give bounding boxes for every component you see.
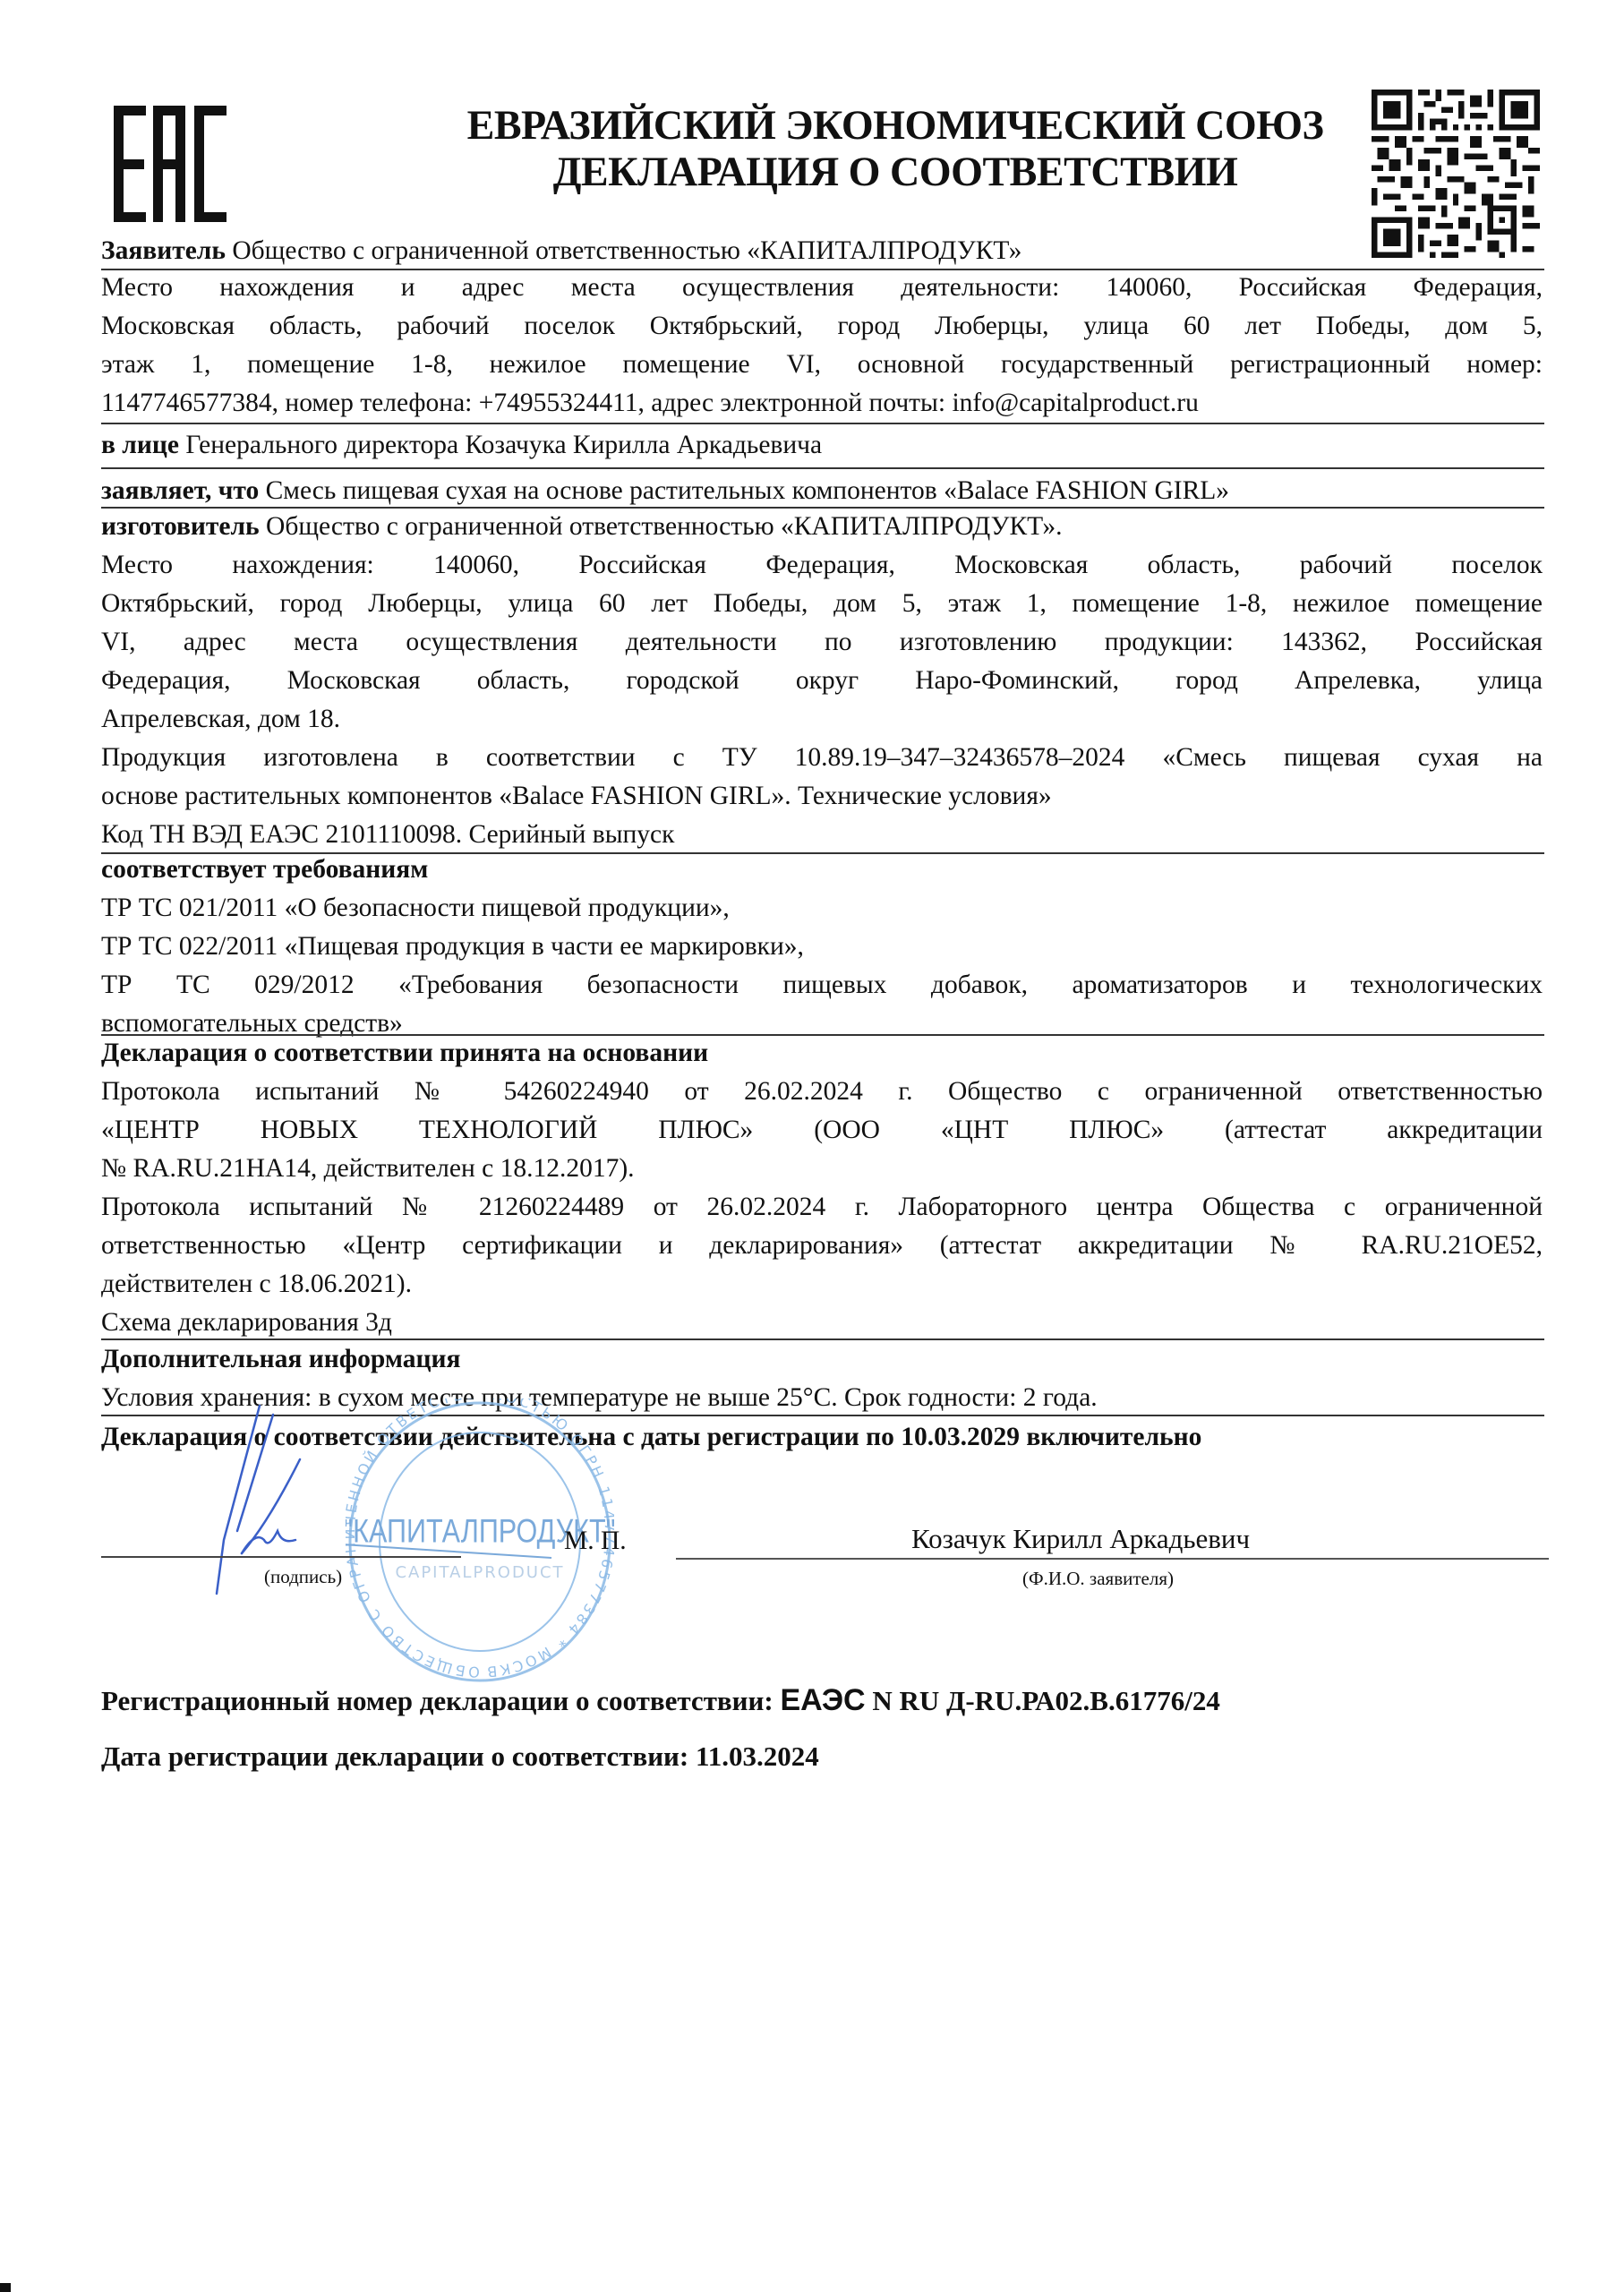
divider xyxy=(101,467,1544,469)
basis-line: ответственностью «Центр сертификации и д… xyxy=(101,1227,1543,1265)
product-name: Смесь пищевая сухая на основе растительн… xyxy=(266,476,1229,505)
declaration-page: ЕВРАЗИЙСКИЙ ЭКОНОМИЧЕСКИЙ СОЮЗ ДЕКЛАРАЦИ… xyxy=(0,0,1624,2292)
applicant-name: Общество с ограниченной ответственностью… xyxy=(232,236,1021,265)
address-line: 1147746577384, номер телефона: +74955324… xyxy=(101,384,1543,423)
manufacturer-address-line: Федерация, Московская область, городской… xyxy=(101,662,1543,700)
basis-line: № RA.RU.21НА14, действителен с 18.12.201… xyxy=(101,1150,1543,1188)
registration-number-label: Регистрационный номер декларации о соотв… xyxy=(101,1685,774,1716)
manufacturer-address-line: VI, адрес места осуществления деятельнос… xyxy=(101,623,1543,662)
applicant-address: Место нахождения и адрес места осуществл… xyxy=(101,269,1543,423)
manufacturer-section: изготовитель Общество с ограниченной отв… xyxy=(101,508,1543,854)
requirements-label: соответствует требованиям xyxy=(101,851,1543,889)
represented-label: в лице xyxy=(101,431,179,459)
spec-line: основе растительных компонентов «Balace … xyxy=(101,777,1543,816)
registration-number-row: Регистрационный номер декларации о соотв… xyxy=(101,1681,1543,1720)
additional-label: Дополнительная информация xyxy=(101,1340,1543,1379)
basis-line: действителен с 18.06.2021). xyxy=(101,1265,1543,1304)
spec-line: Продукция изготовлена в соответствии с Т… xyxy=(101,739,1543,777)
represented-row: в лице Генерального директора Козачука К… xyxy=(101,426,1543,465)
address-line: Московская область, рабочий поселок Октя… xyxy=(101,307,1543,346)
registration-date-label: Дата регистрации декларации о соответств… xyxy=(101,1740,688,1772)
signature-caption: (подпись) xyxy=(264,1558,443,1596)
basis-line: Протокола испытаний № 54260224940 от 26.… xyxy=(101,1073,1543,1111)
signer-name: Козачук Кирилл Аркадьевич xyxy=(911,1519,1449,1558)
requirements-section: соответствует требованиям ТР ТС 021/2011… xyxy=(101,851,1543,1043)
requirement-item: ТР ТС 021/2011 «О безопасности пищевой п… xyxy=(101,889,1543,928)
address-line: Место нахождения и адрес места осуществл… xyxy=(101,269,1543,307)
address-line: этаж 1, помещение 1-8, нежилое помещение… xyxy=(101,346,1543,384)
registration-date-row: Дата регистрации декларации о соответств… xyxy=(101,1737,1543,1775)
registration-prefix: ЕАЭС xyxy=(780,1683,865,1717)
declaration-scheme: Схема декларирования 3д xyxy=(101,1304,1543,1342)
manufacturer-label: изготовитель xyxy=(101,512,260,541)
manufacturer-address-line: Место нахождения: 140060, Российская Фед… xyxy=(101,546,1543,585)
basis-line: Протокола испытаний № 21260224489 от 26.… xyxy=(101,1188,1543,1227)
declares-label: заявляет, что xyxy=(101,476,259,505)
represented-by: Генерального директора Козачука Кирилла … xyxy=(185,431,822,459)
eac-mark-icon xyxy=(114,106,227,222)
manufacturer-address-line: Октябрьский, город Люберцы, улица 60 лет… xyxy=(101,585,1543,623)
requirement-item: ТР ТС 029/2012 «Требования безопасности … xyxy=(101,966,1543,1005)
manufacturer-name: Общество с ограниченной ответственностью… xyxy=(266,512,1062,541)
registration-date: 11.03.2024 xyxy=(696,1740,819,1772)
basis-line: «ЦЕНТР НОВЫХ ТЕХНОЛОГИЙ ПЛЮС» (ООО «ЦНТ … xyxy=(101,1111,1543,1150)
applicant-label: Заявитель xyxy=(101,236,226,265)
basis-section: Декларация о соответствии принята на осн… xyxy=(101,1034,1543,1342)
hs-code-line: Код ТН ВЭД ЕАЭС 2101110098. Серийный вып… xyxy=(101,816,1543,854)
signer-caption: (Ф.И.О. заявителя) xyxy=(1022,1560,1291,1598)
requirement-item: ТР ТС 022/2011 «Пищевая продукция в част… xyxy=(101,928,1543,966)
union-title: ЕВРАЗИЙСКИЙ ЭКОНОМИЧЕСКИЙ СОЮЗ xyxy=(351,103,1439,148)
scan-mark xyxy=(0,2283,11,2292)
declares-row: заявляет, что Смесь пищевая сухая на осн… xyxy=(101,472,1543,510)
seal-mark: М. П. xyxy=(564,1522,654,1561)
basis-label: Декларация о соответствии принята на осн… xyxy=(101,1034,1543,1073)
manufacturer-address-line: Апрелевская, дом 18. xyxy=(101,700,1543,739)
applicant-row: Заявитель Общество с ограниченной ответс… xyxy=(101,232,1543,270)
document-title: ДЕКЛАРАЦИЯ О СООТВЕТСТВИИ xyxy=(351,150,1439,194)
registration-number: N RU Д-RU.РА02.В.61776/24 xyxy=(872,1685,1219,1716)
divider xyxy=(101,423,1544,424)
